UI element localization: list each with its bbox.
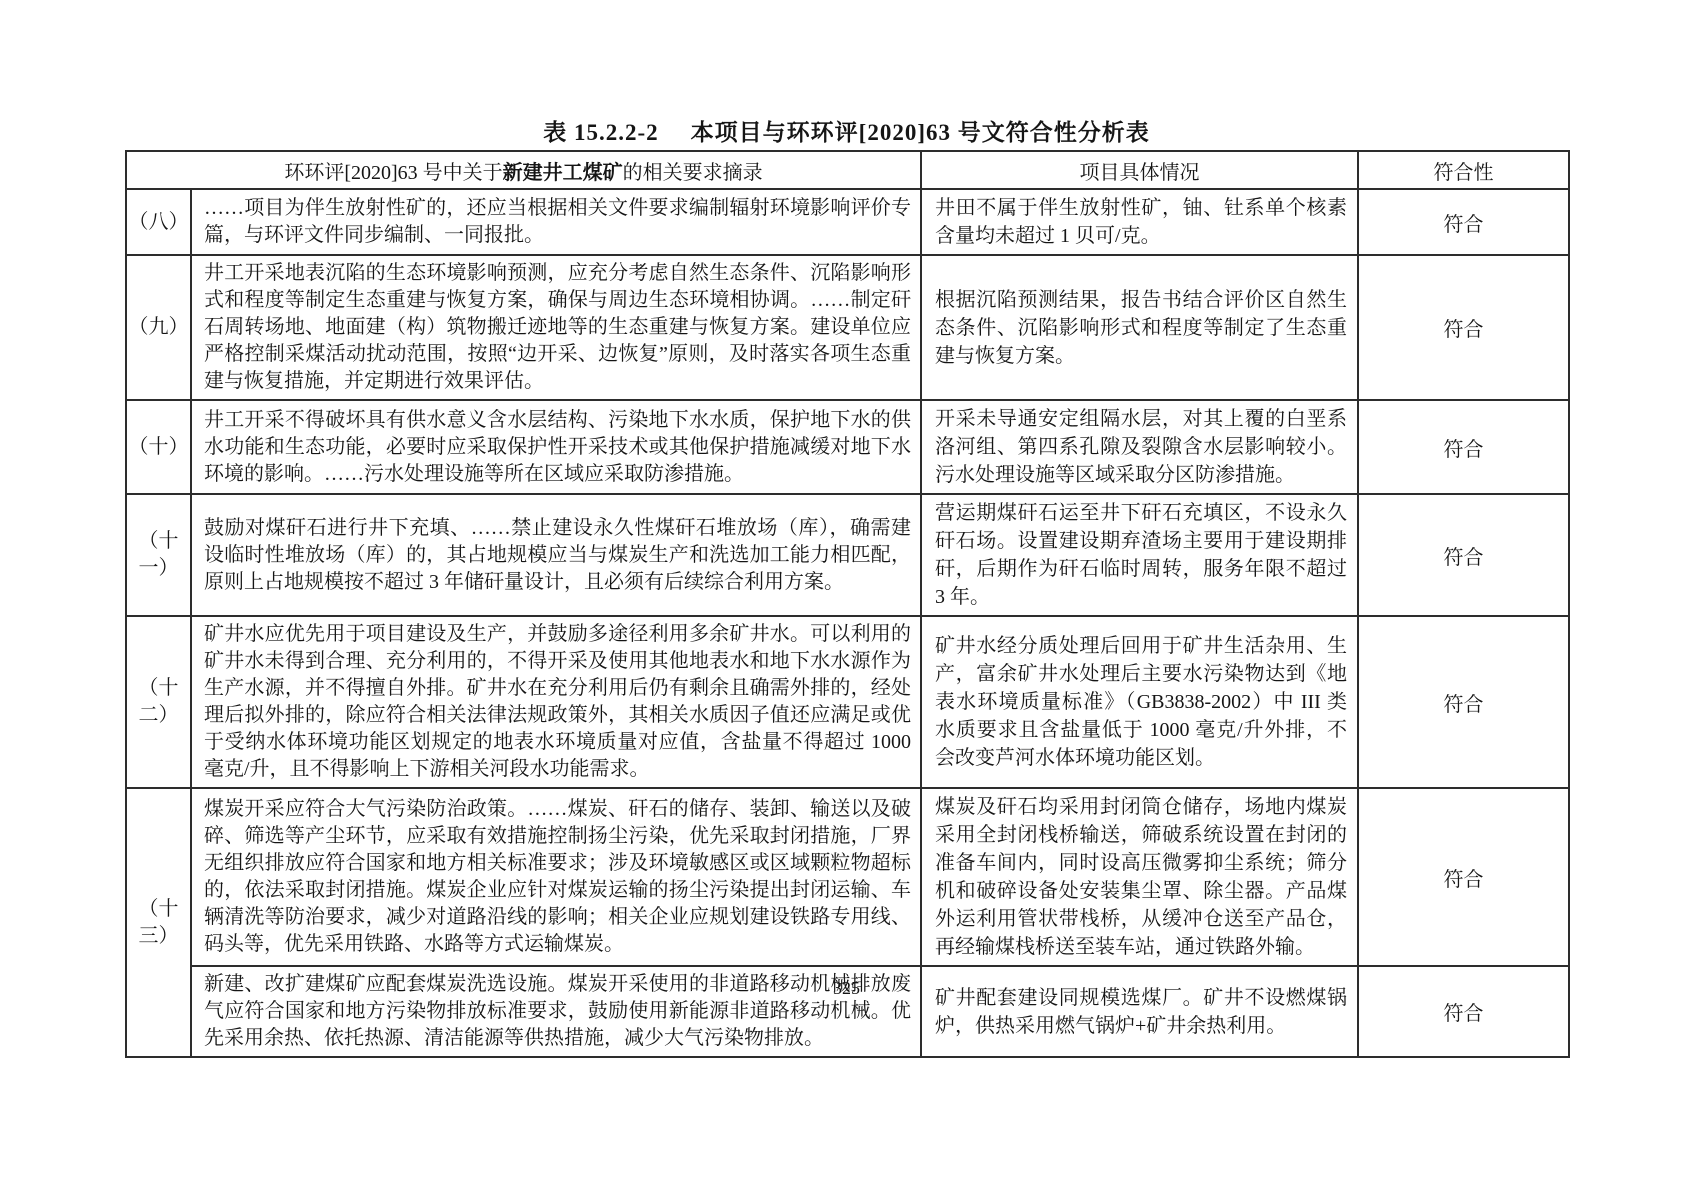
requirement-column-header: 环环评[2020]63 号中关于新建井工煤矿的相关要求摘录 <box>126 151 921 189</box>
compliance-cell: 符合 <box>1358 189 1569 255</box>
compliance-column-header: 符合性 <box>1358 151 1569 189</box>
table-row: （九） 井工开采地表沉陷的生态环境影响预测，应充分考虑自然生态条件、沉陷影响形式… <box>126 255 1569 400</box>
row-label: （十 三） <box>126 788 191 1057</box>
requirement-header-suffix: 的相关要求摘录 <box>623 162 763 184</box>
requirement-cell: 鼓励对煤矸石进行井下充填、……禁止建设永久性煤矸石堆放场（库），确需建设临时性堆… <box>191 494 921 616</box>
requirement-cell: 井工开采地表沉陷的生态环境影响预测，应充分考虑自然生态条件、沉陷影响形式和程度等… <box>191 255 921 400</box>
table-row: （十 二） 矿井水应优先用于项目建设及生产，并鼓励多途径利用多余矿井水。可以利用… <box>126 616 1569 788</box>
table-row: （十） 井工开采不得破坏具有供水意义含水层结构、污染地下水水质，保护地下水的供水… <box>126 400 1569 494</box>
project-cell: 井田不属于伴生放射性矿，铀、钍系单个核素含量均未超过 1 贝可/克。 <box>921 189 1358 255</box>
row-label: （十 二） <box>126 616 191 788</box>
project-cell: 煤炭及矸石均采用封闭筒仓储存，场地内煤炭采用全封闭栈桥输送，筛破系统设置在封闭的… <box>921 788 1358 966</box>
requirement-cell: 煤炭开采应符合大气污染防治政策。……煤炭、矸石的储存、装卸、输送以及破碎、筛选等… <box>191 788 921 966</box>
row-label: （九） <box>126 255 191 400</box>
requirement-header-bold: 新建井工煤矿 <box>503 162 623 184</box>
requirement-cell: 矿井水应优先用于项目建设及生产，并鼓励多途径利用多余矿井水。可以利用的矿井水未得… <box>191 616 921 788</box>
compliance-cell: 符合 <box>1358 400 1569 494</box>
project-cell: 根据沉陷预测结果，报告书结合评价区自然生态条件、沉陷影响形式和程度等制定了生态重… <box>921 255 1358 400</box>
requirement-header-prefix: 环环评[2020]63 号中关于 <box>284 162 502 184</box>
row-label: （八） <box>126 189 191 255</box>
requirement-cell: 井工开采不得破坏具有供水意义含水层结构、污染地下水水质，保护地下水的供水功能和生… <box>191 400 921 494</box>
table-caption: 本项目与环环评[2020]63 号文符合性分析表 <box>691 120 1150 145</box>
table-number: 表 15.2.2-2 <box>543 120 658 145</box>
compliance-cell: 符合 <box>1358 616 1569 788</box>
table-title: 表 15.2.2-2本项目与环环评[2020]63 号文符合性分析表 <box>125 114 1568 147</box>
table-row: （八） ……项目为伴生放射性矿的，还应当根据相关文件要求编制辐射环境影响评价专篇… <box>126 189 1569 255</box>
compliance-cell: 符合 <box>1358 255 1569 400</box>
compliance-table: 环环评[2020]63 号中关于新建井工煤矿的相关要求摘录 项目具体情况 符合性… <box>125 150 1570 1058</box>
project-cell: 矿井水经分质处理后回用于矿井生活杂用、生产，富余矿井水处理后主要水污染物达到《地… <box>921 616 1358 788</box>
compliance-cell: 符合 <box>1358 494 1569 616</box>
document-page: 表 15.2.2-2本项目与环环评[2020]63 号文符合性分析表 环环评[2… <box>0 0 1696 1199</box>
project-cell: 营运期煤矸石运至井下矸石充填区，不设永久矸石场。设置建设期弃渣场主要用于建设期排… <box>921 494 1358 616</box>
table-row: （十 一） 鼓励对煤矸石进行井下充填、……禁止建设永久性煤矸石堆放场（库），确需… <box>126 494 1569 616</box>
page-number: 325 <box>125 978 1568 999</box>
project-cell: 开采未导通安定组隔水层，对其上覆的白垩系洛河组、第四系孔隙及裂隙含水层影响较小。… <box>921 400 1358 494</box>
project-column-header: 项目具体情况 <box>921 151 1358 189</box>
compliance-cell: 符合 <box>1358 788 1569 966</box>
header-row: 环环评[2020]63 号中关于新建井工煤矿的相关要求摘录 项目具体情况 符合性 <box>126 151 1569 189</box>
row-label: （十） <box>126 400 191 494</box>
row-label: （十 一） <box>126 494 191 616</box>
table-row: （十 三） 煤炭开采应符合大气污染防治政策。……煤炭、矸石的储存、装卸、输送以及… <box>126 788 1569 966</box>
requirement-cell: ……项目为伴生放射性矿的，还应当根据相关文件要求编制辐射环境影响评价专篇，与环评… <box>191 189 921 255</box>
